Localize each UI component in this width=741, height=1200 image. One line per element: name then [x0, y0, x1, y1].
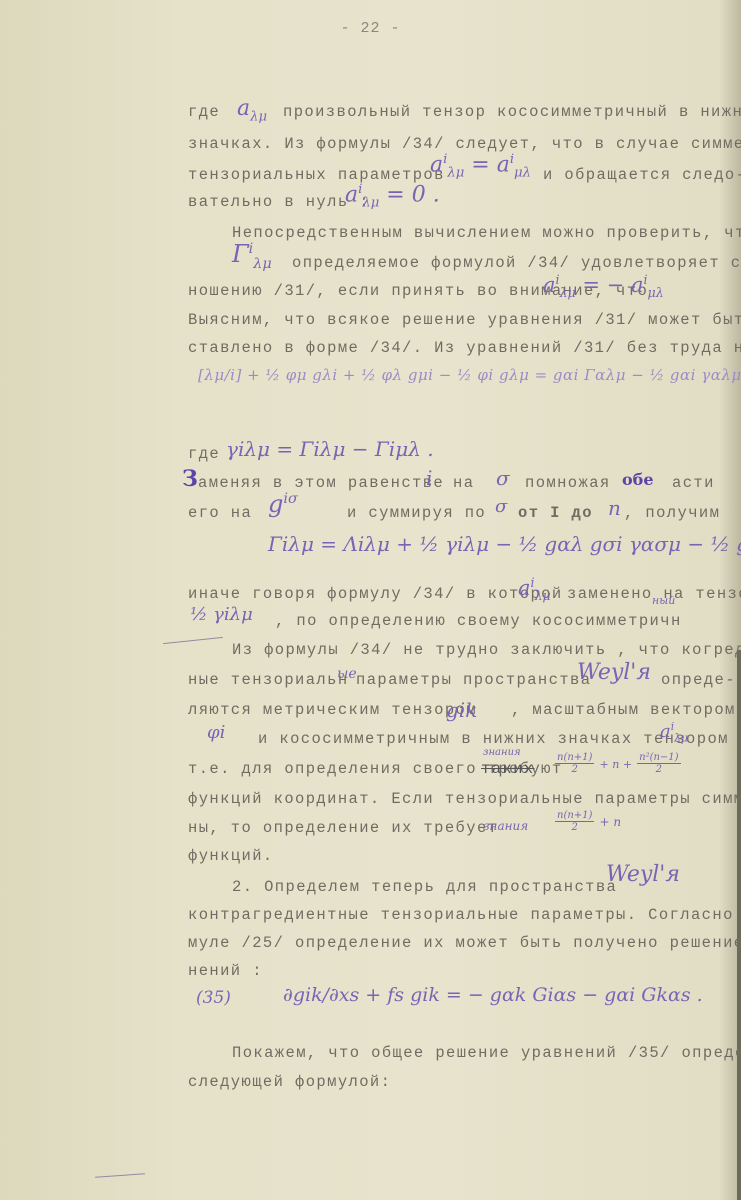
text-line: ны, то определение их требует	[188, 819, 498, 837]
text-line: муле /25/ определение их может быть полу…	[188, 934, 741, 952]
handwritten-g-sigma: giσ	[268, 490, 298, 518]
handwritten-count-formula: n(n+1)2 + n + n²(n−1)2	[555, 752, 681, 775]
text-line: ставлено в форме /34/. Из уравнений /31/…	[188, 339, 741, 357]
handwritten-znaniya: знания	[483, 819, 528, 833]
text-line: Из формулы /34/ не трудно заключить , чт…	[232, 641, 741, 659]
text-line: иначе говоря формулу /34/ в которой	[188, 585, 563, 603]
text-line: произвольный тензор кососимметричный в н…	[283, 103, 741, 121]
text-line: ные тензориальн	[188, 671, 349, 689]
handwritten-antisymmetry-equation: aiλμ = − aiμλ	[543, 272, 664, 300]
handwritten-count-formula-symmetric: n(n+1)2 + n	[555, 810, 621, 833]
text-line: его на	[188, 504, 252, 522]
text-line: и обращается следо-	[543, 166, 741, 184]
equation-number: (35)	[196, 988, 231, 1008]
handwritten-word-obe: обе	[622, 470, 654, 489]
handwritten-g-ik: gik	[446, 698, 477, 722]
handwritten-a-tensor: aiλμ	[660, 720, 688, 745]
text-line: определяемое формулой /34/ удовлетворяет…	[292, 254, 741, 272]
handwritten-correction-nyi: ный	[652, 594, 675, 607]
handwritten-half-gamma: ½ γiλμ	[190, 604, 253, 625]
text-line: функций координат. Если тензориальные па…	[188, 790, 741, 808]
text-line: Покажем, что общее решение уравнений /35…	[232, 1044, 741, 1062]
text-line: , по определению своему кососимметричн	[275, 612, 682, 630]
handwritten-gamma-definition: γiλμ = Γiλμ − Γiμλ .	[226, 437, 434, 461]
handwritten-index-sigma: σ	[496, 466, 510, 490]
handwritten-index-i: i	[426, 466, 432, 490]
page-edge-shadow	[737, 650, 741, 1200]
handwritten-a-tensor: aiλμ	[518, 575, 551, 603]
margin-mark	[95, 1173, 145, 1177]
text-line: и суммируя по	[347, 504, 486, 522]
handwritten-n: n	[608, 496, 621, 520]
text-line: и кососимметричным в нижних значках тенз…	[258, 730, 729, 748]
text-line: где	[188, 103, 220, 121]
text-line: , масштабным вектором	[511, 701, 736, 719]
handwritten-phi-i: φi	[207, 722, 225, 743]
handwritten-zero-equation: aiλμ = 0 .	[345, 182, 440, 211]
handwritten-equation-35: ∂gik/∂xs + fs gik = − gαk Giαs − gαi Gkα…	[283, 984, 703, 1006]
document-page: - 22 - где aλμ произвольный тензор косос…	[0, 0, 741, 1200]
text-line: значках. Из формулы /34/ следует, что в …	[188, 135, 741, 153]
page-number: - 22 -	[0, 20, 741, 37]
text-line: Непосредственным вычислением можно прове…	[232, 224, 741, 242]
handwritten-a-tensor: aλμ	[237, 96, 267, 124]
text-line: опреде-	[661, 671, 736, 689]
text-line: вательно в нуль :	[188, 193, 370, 211]
margin-mark	[163, 637, 223, 644]
text-line: следующей формулой:	[188, 1073, 391, 1091]
text-line: , получим	[624, 504, 720, 522]
text-line: асти	[672, 474, 715, 492]
handwritten-long-equation: [λμ/i] + ½ φμ gλi + ½ φλ gμi − ½ φi gλμ …	[198, 366, 741, 384]
handwritten-weyl: Weyl'я	[606, 862, 680, 887]
text-line: функций.	[188, 847, 274, 865]
text-line: параметры пространства	[356, 671, 591, 689]
handwritten-capital-z: З	[182, 466, 198, 492]
text-line: ляются метрическим тензором	[188, 701, 477, 719]
text-line: контрагредиентные тензориальные параметр…	[188, 906, 741, 924]
text-line: аменяя в этом равенстве	[198, 474, 444, 492]
handwritten-weyl: Weyl'я	[577, 660, 651, 685]
text-line: помножая	[525, 474, 611, 492]
struck-word: таких	[481, 760, 535, 778]
text-line: где	[188, 445, 220, 463]
handwritten-znaniya: знания	[483, 747, 521, 758]
handwritten-symmetry-equation: aiλμ = aiμλ	[430, 152, 531, 181]
text-line: от I до	[518, 504, 593, 522]
handwritten-gamma: Γiλμ	[232, 240, 272, 272]
text-line: Выясним, что всякое решение уравнения /3…	[188, 311, 741, 329]
handwritten-index-sigma: σ	[495, 496, 507, 517]
text-line: на	[453, 474, 474, 492]
handwritten-correction-ye: ые	[337, 666, 357, 682]
text-line: 2. Определем теперь для пространства	[232, 878, 617, 896]
handwritten-result-equation: Γiλμ = Λiλμ + ½ γiλμ − ½ gαλ gσi γασμ − …	[268, 532, 741, 556]
text-line: нений :	[188, 962, 263, 980]
